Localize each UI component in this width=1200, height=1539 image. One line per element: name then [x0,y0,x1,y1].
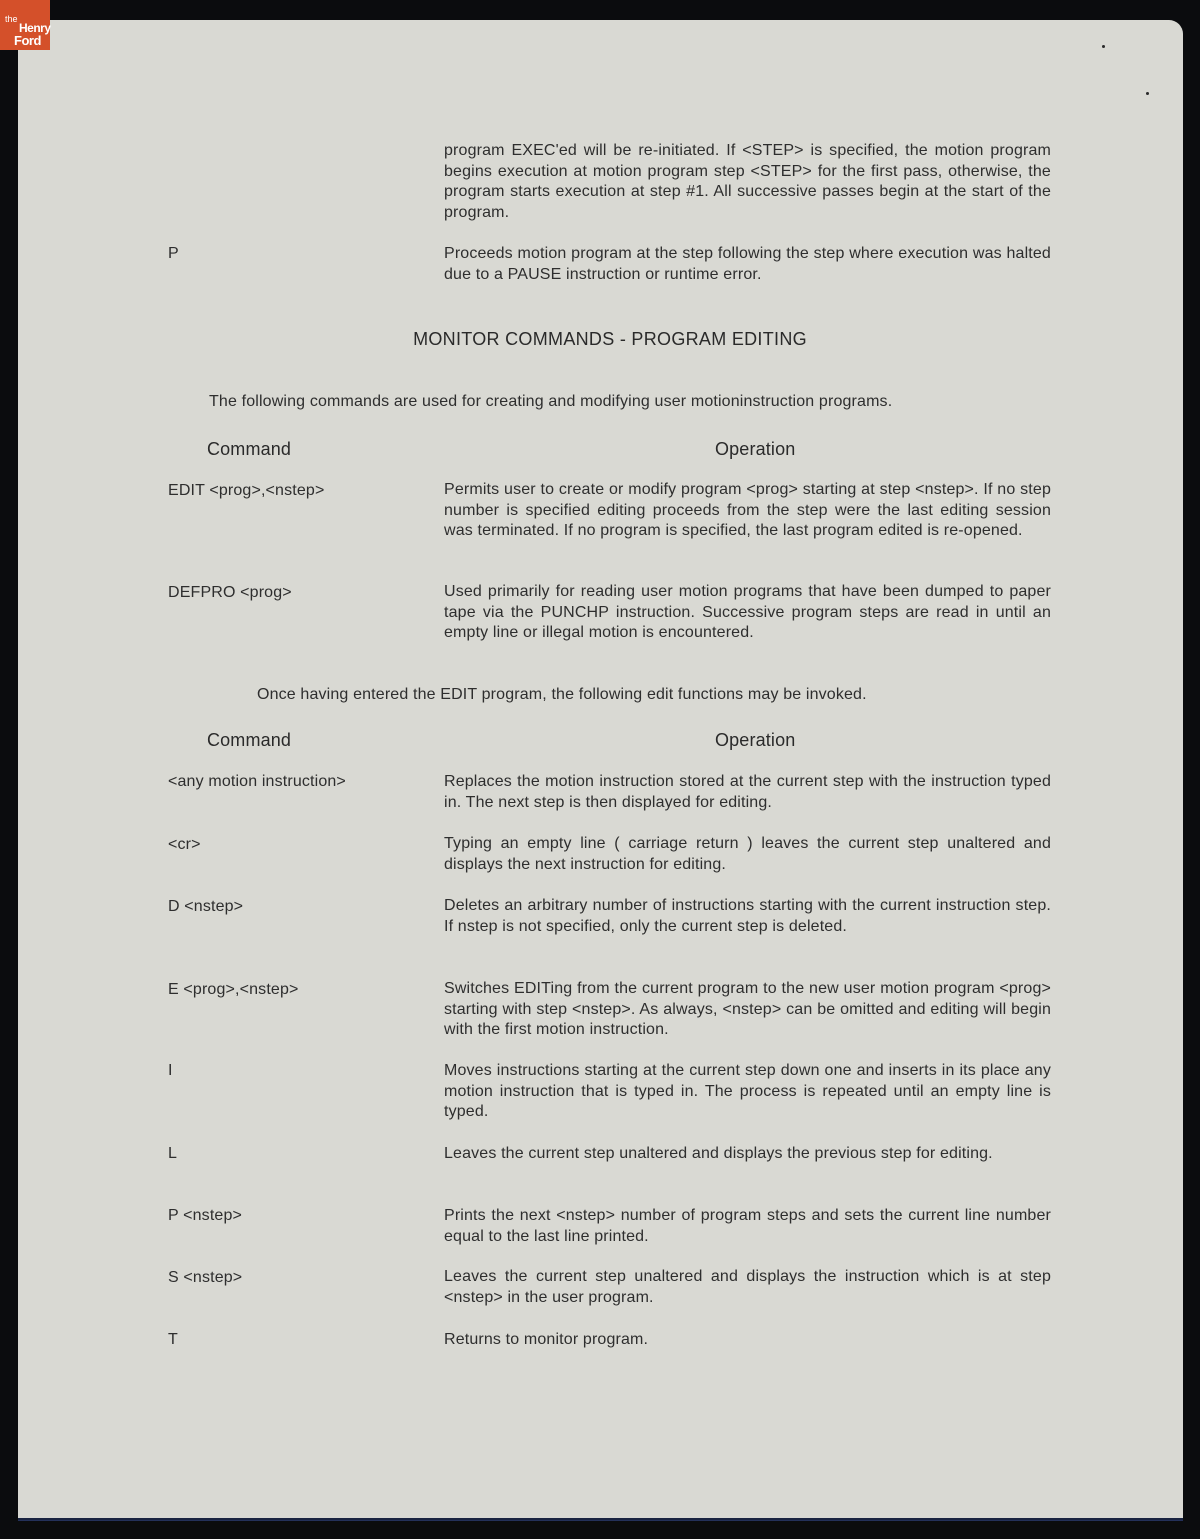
command-edit: EDIT <prog>,<nstep> [168,482,324,500]
command-edit-description: Permits user to create or modify program… [444,480,1051,542]
paper-speck [1146,92,1149,95]
henry-ford-logo: the Henry Ford [0,0,50,50]
logo-text-the: the [5,14,18,24]
table1-command-header: Command [207,439,291,460]
command-d-description: Deletes an arbitrary number of instructi… [444,896,1051,937]
table1-operation-header: Operation [715,439,795,460]
command-p-proceed-description: Proceeds motion program at the step foll… [444,244,1051,285]
command-p-description: Prints the next <nstep> number of progra… [444,1206,1051,1247]
command-l-description: Leaves the current step unaltered and di… [444,1144,1051,1165]
logo-text-ford: Ford [14,33,41,48]
command-t: T [168,1331,178,1349]
command-cr: <cr> [168,836,201,854]
command-i-description: Moves instructions starting at the curre… [444,1061,1051,1123]
command-p: P <nstep> [168,1207,242,1225]
command-s: S <nstep> [168,1269,242,1287]
paper-speck [1102,45,1105,48]
edit-intro: Once having entered the EDIT program, th… [257,686,867,704]
command-defpro: DEFPRO <prog> [168,584,292,602]
table2-operation-header: Operation [715,730,795,751]
command-e: E <prog>,<nstep> [168,981,299,999]
command-d: D <nstep> [168,898,243,916]
command-any-motion-description: Replaces the motion instruction stored a… [444,772,1051,813]
section-intro: The following commands are used for crea… [209,393,892,411]
command-t-description: Returns to monitor program. [444,1330,1051,1351]
command-i: I [168,1062,173,1080]
command-p-proceed: P [168,245,179,263]
command-defpro-description: Used primarily for reading user motion p… [444,582,1051,644]
command-l: L [168,1145,177,1163]
command-e-description: Switches EDITing from the current progra… [444,979,1051,1041]
section-title: MONITOR COMMANDS - PROGRAM EDITING [0,329,1200,350]
command-s-description: Leaves the current step unaltered and di… [444,1267,1051,1308]
continuation-description: program EXEC'ed will be re-initiated. If… [444,141,1051,224]
command-cr-description: Typing an empty line ( carriage return )… [444,834,1051,875]
command-any-motion: <any motion instruction> [168,773,346,791]
table2-command-header: Command [207,730,291,751]
